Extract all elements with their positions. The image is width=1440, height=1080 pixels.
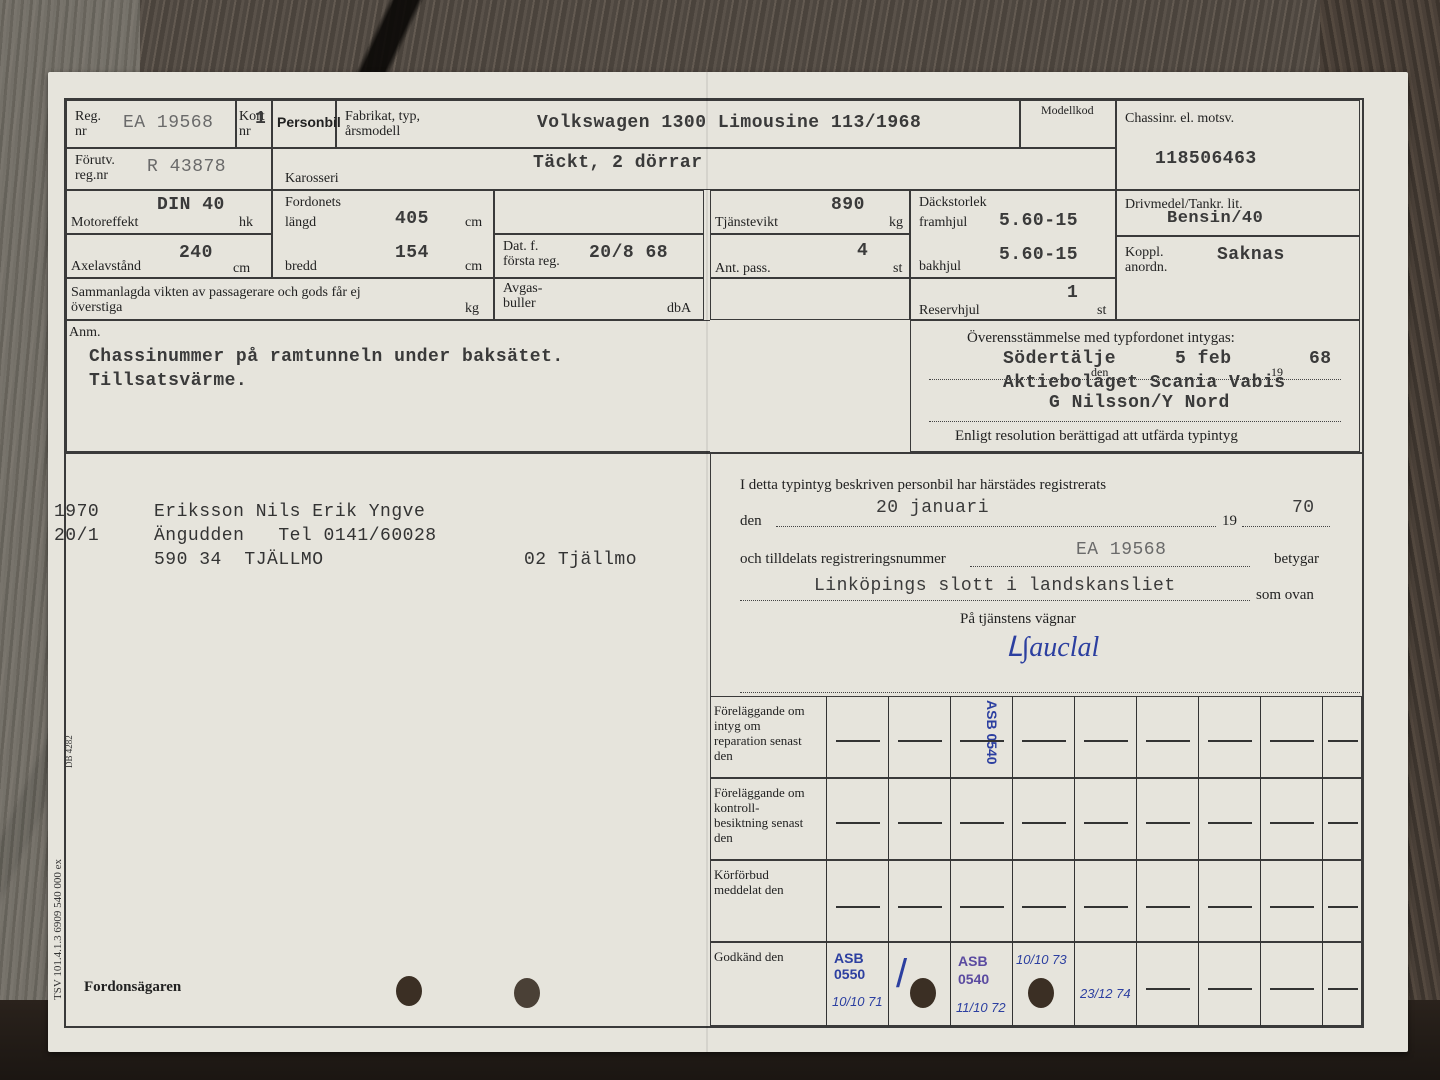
owner-address: Ängudden Tel 0141/60028 xyxy=(154,526,437,546)
load-label: Sammanlagda vikten av passagerare och go… xyxy=(71,285,371,315)
first-reg-label: Dat. f. första reg. xyxy=(503,239,573,269)
wheelbase-value: 240 xyxy=(179,243,213,263)
wheelbase-label: Axelavstånd xyxy=(71,259,141,274)
registration-signature-label: På tjänstens vägnar xyxy=(960,612,1076,627)
punch-hole xyxy=(396,976,422,1006)
grid-dash xyxy=(1270,906,1314,908)
signature: ᒪ∫auclal xyxy=(1006,630,1099,664)
fuel-cell: Drivmedel/Tankr. lit. Bensin/40 xyxy=(1116,190,1360,236)
make-cell: Fabrikat, typ, årsmodell Volkswagen 1300… xyxy=(336,100,1020,148)
model-code-cell: Modellkod xyxy=(1020,100,1116,148)
passengers-cell: Ant. pass. 4 st xyxy=(710,234,910,278)
approval-stamp-1: ASB 0550 xyxy=(834,950,874,982)
grid-col-line xyxy=(1198,696,1199,1026)
grid-dash xyxy=(1328,822,1358,824)
prev-reg-label: Förutv. reg.nr xyxy=(75,153,135,183)
approval-date-2: 11/10 72 xyxy=(956,1000,1006,1015)
registration-den-label: den xyxy=(740,514,762,529)
grid-dash xyxy=(1022,822,1066,824)
vehicle-type-cell: Personbil xyxy=(272,100,336,148)
grid-row-label: Föreläggande om intyg om reparation sena… xyxy=(714,703,814,763)
chassis-cell: Chassinr. el. motsv. 118506463 xyxy=(1116,100,1360,190)
conformity-issuer-1: Aktiebolaget Scania Vabis xyxy=(1003,373,1286,393)
punch-hole xyxy=(514,978,540,1008)
engine-value: DIN 40 xyxy=(157,195,225,215)
print-code: TSV 101.4.1.3 6909 540 000 ex xyxy=(52,859,64,1000)
width-unit: cm xyxy=(465,259,482,274)
wheelbase-cell: Axelavstånd 240 cm xyxy=(66,234,272,278)
blank-cell xyxy=(494,190,704,234)
grid-dash xyxy=(1084,906,1128,908)
front-label: framhjul xyxy=(919,215,967,230)
grid-dash xyxy=(1270,740,1314,742)
grid-dash xyxy=(1146,906,1190,908)
registration-year: 70 xyxy=(1292,498,1315,518)
owner-year: 1970 xyxy=(54,502,99,522)
dimensions-cell: Fordonets längd 405 cm bredd 154 cm xyxy=(272,190,494,278)
conformity-title: Överensstämmelse med typfordonet intygas… xyxy=(967,331,1235,346)
blank-right-cell xyxy=(710,278,910,320)
grid-row-inspection: Föreläggande om kontroll- besiktning sen… xyxy=(710,778,1362,860)
grid-dash xyxy=(1270,822,1314,824)
grid-dash xyxy=(1146,822,1190,824)
grid-row-prohibition: Körförbud meddelat den xyxy=(710,860,1362,942)
first-reg-cell: Dat. f. första reg. 20/8 68 xyxy=(494,234,704,278)
grid-dash xyxy=(1328,740,1358,742)
conformity-issuer-2: G Nilsson/Y Nord xyxy=(1049,393,1230,413)
grid-col-line xyxy=(1012,696,1013,1026)
body-value: Täckt, 2 dörrar xyxy=(533,153,703,173)
conformity-footer: Enligt resolution berättigad att utfärda… xyxy=(955,429,1238,444)
approval-slash: / xyxy=(896,952,907,997)
registration-number: EA 19568 xyxy=(1076,540,1166,560)
registration-year-line xyxy=(1242,526,1330,527)
rear-label: bakhjul xyxy=(919,259,961,274)
coupling-cell: Koppl. anordn. Saknas xyxy=(1116,236,1360,320)
remarks-line-2: Tillsatsvärme. xyxy=(89,371,247,391)
registration-document: Reg. nr EA 19568 Kort nr 1 Personbil Fab… xyxy=(48,72,1408,1052)
registration-number-label: och tilldelats registreringsnummer xyxy=(740,552,946,567)
spare-unit: st xyxy=(1097,303,1106,318)
registration-som-ovan-label: som ovan xyxy=(1256,588,1314,603)
kort-nr-value: 1 xyxy=(255,109,266,129)
grid-dash xyxy=(1328,906,1358,908)
grid-dash xyxy=(1208,740,1252,742)
conformity-year: 68 xyxy=(1309,349,1332,369)
punch-hole xyxy=(1028,978,1054,1008)
service-weight-label: Tjänstevikt xyxy=(715,215,778,230)
grid-dash xyxy=(1022,740,1066,742)
registration-authority-line xyxy=(740,600,1250,601)
service-weight-unit: kg xyxy=(889,215,903,230)
registration-authority: Linköpings slott i landskansliet xyxy=(814,576,1176,596)
model-code-label: Modellkod xyxy=(1041,103,1094,118)
grid-col-line xyxy=(950,696,951,1026)
service-weight-value: 890 xyxy=(831,195,865,215)
reg-nr-value: EA 19568 xyxy=(123,113,213,133)
tire-cell: Däckstorlek framhjul 5.60-15 bakhjul 5.6… xyxy=(910,190,1116,278)
grid-col-line xyxy=(1322,696,1323,1026)
inspection-grid: Föreläggande om intyg om reparation sena… xyxy=(710,696,1362,1026)
passengers-label: Ant. pass. xyxy=(715,261,771,276)
passengers-value: 4 xyxy=(857,241,868,261)
grid-dash xyxy=(836,906,880,908)
grid-dash xyxy=(1084,822,1128,824)
service-weight-cell: Tjänstevikt 890 kg xyxy=(710,190,910,234)
grid-row-repair: Föreläggande om intyg om reparation sena… xyxy=(710,696,1362,778)
grid-dash xyxy=(898,906,942,908)
chassis-label: Chassinr. el. motsv. xyxy=(1125,111,1234,126)
rear-value: 5.60-15 xyxy=(999,245,1078,265)
engine-label: Motoreffekt xyxy=(71,215,138,230)
grid-dash xyxy=(960,906,1004,908)
conformity-date: 5 feb xyxy=(1175,349,1232,369)
kort-nr-cell: Kort nr 1 xyxy=(236,100,272,148)
prev-reg-cell: Förutv. reg.nr R 43878 xyxy=(66,148,272,190)
body-label: Karosseri xyxy=(285,171,339,186)
conformity-issuer-line xyxy=(929,421,1341,422)
owner-name: Eriksson Nils Erik Yngve xyxy=(154,502,425,522)
width-value: 154 xyxy=(395,243,429,263)
form-frame: Reg. nr EA 19568 Kort nr 1 Personbil Fab… xyxy=(64,98,1364,1028)
make-value: Volkswagen 1300 Limousine 113/1968 xyxy=(537,113,921,133)
first-reg-value: 20/8 68 xyxy=(589,243,668,263)
grid-dash xyxy=(960,740,1004,742)
make-label: Fabrikat, typ, årsmodell xyxy=(345,109,455,139)
owner-date: 20/1 xyxy=(54,526,99,546)
approval-date-3: 10/10 73 xyxy=(1016,952,1067,967)
owner-label: Fordonsägaren xyxy=(84,980,181,995)
passengers-unit: st xyxy=(893,261,902,276)
spare-cell: Reservhjul 1 st xyxy=(910,278,1116,320)
noise-cell: Avgas- buller dbA xyxy=(494,278,704,320)
grid-row-label: Godkänd den xyxy=(714,949,814,964)
grid-col-line xyxy=(888,696,889,1026)
grid-col-line xyxy=(826,696,827,1026)
vehicle-label: Fordonets xyxy=(285,195,341,210)
coupling-value: Saknas xyxy=(1217,245,1285,265)
registration-date: 20 januari xyxy=(876,498,989,518)
tire-label: Däckstorlek xyxy=(919,195,987,210)
front-value: 5.60-15 xyxy=(999,211,1078,231)
load-cell: Sammanlagda vikten av passagerare och go… xyxy=(66,278,494,320)
grid-dash xyxy=(836,740,880,742)
grid-dash xyxy=(1146,740,1190,742)
chassis-value: 118506463 xyxy=(1155,149,1257,169)
body-cell: Karosseri Täckt, 2 dörrar xyxy=(272,148,1116,190)
load-unit: kg xyxy=(465,301,479,316)
registration-betygar-label: betygar xyxy=(1274,552,1319,567)
owner-district: 02 Tjällmo xyxy=(524,550,637,570)
personbil-logo: Personbil xyxy=(277,115,341,130)
length-value: 405 xyxy=(395,209,429,229)
grid-dash xyxy=(1270,988,1314,990)
grid-dash xyxy=(1084,740,1128,742)
remarks-label: Anm. xyxy=(69,325,101,340)
grid-dash xyxy=(898,740,942,742)
grid-dash xyxy=(1146,988,1190,990)
grid-dash xyxy=(836,822,880,824)
grid-col-line xyxy=(1260,696,1261,1026)
punch-hole xyxy=(910,978,936,1008)
approval-date-4: 23/12 74 xyxy=(1080,986,1131,1001)
remarks-cell: Anm. Chassinummer på ramtunneln under ba… xyxy=(66,320,710,452)
spare-label: Reservhjul xyxy=(919,303,980,318)
length-label: längd xyxy=(285,215,316,230)
width-label: bredd xyxy=(285,259,317,274)
grid-col-line xyxy=(1136,696,1137,1026)
engine-cell: Motoreffekt DIN 40 hk xyxy=(66,190,272,234)
noise-unit: dbA xyxy=(667,301,691,316)
print-code-2: DB 4282 xyxy=(64,735,74,768)
grid-dash xyxy=(898,822,942,824)
length-unit: cm xyxy=(465,215,482,230)
approval-date-1: 10/10 71 xyxy=(832,994,883,1009)
grid-dash xyxy=(1328,988,1358,990)
conformity-cell: Överensstämmelse med typfordonet intygas… xyxy=(910,320,1360,452)
grid-dash xyxy=(1208,906,1252,908)
remarks-line-1: Chassinummer på ramtunneln under baksäte… xyxy=(89,347,564,367)
noise-label: Avgas- buller xyxy=(503,281,553,311)
grid-dash xyxy=(1208,988,1252,990)
fuel-value: Bensin/40 xyxy=(1167,209,1263,228)
grid-dash xyxy=(1022,906,1066,908)
approval-stamp-2: ASB 0540 xyxy=(958,952,998,988)
registration-intro: I detta typintyg beskriven personbil har… xyxy=(740,478,1106,493)
grid-col-line xyxy=(1074,696,1075,1026)
section-divider xyxy=(66,452,1362,454)
grid-dash xyxy=(1208,822,1252,824)
grid-row-label: Föreläggande om kontroll- besiktning sen… xyxy=(714,785,814,845)
grid-row-label: Körförbud meddelat den xyxy=(714,867,814,897)
coupling-label: Koppl. anordn. xyxy=(1125,245,1175,275)
owner-postal: 590 34 TJÄLLMO xyxy=(154,550,324,570)
spare-value: 1 xyxy=(1067,283,1078,303)
prev-reg-value: R 43878 xyxy=(147,157,226,177)
registration-date-line xyxy=(776,526,1216,527)
registration-century-label: 19 xyxy=(1222,514,1237,529)
engine-unit: hk xyxy=(239,215,253,230)
registration-number-line xyxy=(970,566,1250,567)
reg-nr-cell: Reg. nr EA 19568 xyxy=(66,100,236,148)
reg-nr-label: Reg. nr xyxy=(75,109,111,139)
grid-dash xyxy=(960,822,1004,824)
signature-line xyxy=(740,692,1360,693)
wheelbase-unit: cm xyxy=(233,261,250,276)
